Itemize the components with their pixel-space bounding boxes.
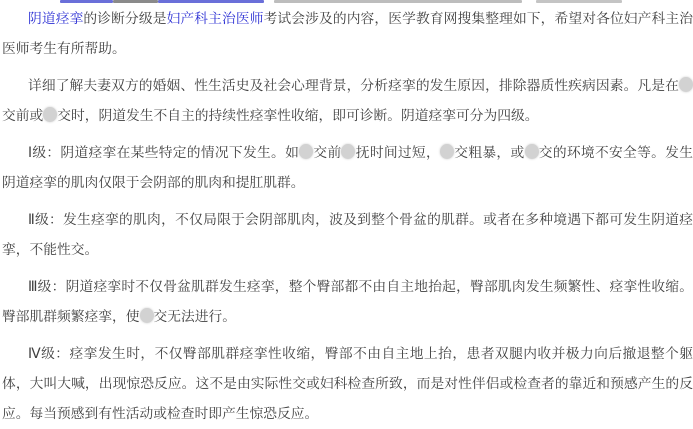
term-link[interactable]: 妇产科主治医师: [167, 11, 264, 26]
text-run: 的诊断分级是: [83, 11, 166, 26]
text-run: Ⅰ级：阴道痉挛在某些特定的情况下发生。如: [28, 145, 299, 160]
text-run: 交前: [313, 145, 341, 160]
censor-blob: [440, 144, 454, 159]
remnant-segment: [536, 0, 622, 3]
text-run: 交粗暴，或: [454, 145, 525, 160]
remnant-segment: [522, 0, 536, 3]
text-run: Ⅳ级：痉挛发生时，不仅臀部肌群痉挛性收缩，臀部不由自主地上抬，患者双腿内收并极力…: [2, 346, 693, 421]
text-run: Ⅲ级：阴道痉挛时不仅骨盆肌群发生痉挛，整个臀部都不由自主地抬起，臀部肌肉发生频繁…: [2, 279, 693, 324]
paragraph: 详细了解夫妻双方的婚姻、性生活史及社会心理背景，分析痉挛的发生原因，排除器质性疾…: [0, 71, 693, 131]
paragraph: Ⅳ级：痉挛发生时，不仅臀部肌群痉挛性收缩，臀部不由自主地上抬，患者双腿内收并极力…: [0, 339, 693, 429]
article-body: 阴道痉挛的诊断分级是妇产科主治医师考试会涉及的内容，医学教育网搜集整理如下，希望…: [0, 4, 693, 429]
paragraph: 阴道痉挛的诊断分级是妇产科主治医师考试会涉及的内容，医学教育网搜集整理如下，希望…: [0, 4, 693, 64]
paragraph: Ⅲ级：阴道痉挛时不仅骨盆肌群发生痉挛，整个臀部都不由自主地抬起，臀部肌肉发生频繁…: [0, 272, 693, 332]
censor-blob: [140, 308, 154, 323]
text-run: 交无法进行。: [154, 309, 237, 324]
paragraph: Ⅰ级：阴道痉挛在某些特定的情况下发生。如交前抚时间过短，交粗暴，或交的环境不安全…: [0, 138, 693, 198]
censor-blob: [341, 144, 355, 159]
censor-blob: [525, 144, 539, 159]
term-link[interactable]: 阴道痉挛: [28, 11, 83, 26]
text-run: Ⅱ级：发生痉挛的肌肉，不仅局限于会阴部肌肉，波及到整个骨盆的肌群。或者在多种境遇…: [2, 212, 693, 257]
remnant-segment: [264, 0, 274, 3]
remnant-segment: [113, 0, 158, 3]
text-run: 交时，阴道发生不自主的持续性痉挛性收缩，即可诊断。阴道痉挛可分为四级。: [57, 108, 538, 123]
censor-blob: [299, 144, 313, 159]
paragraph: Ⅱ级：发生痉挛的肌肉，不仅局限于会阴部肌肉，波及到整个骨盆的肌群。或者在多种境遇…: [0, 205, 693, 265]
censor-blob: [43, 107, 57, 122]
censor-blob: [679, 77, 693, 92]
text-run: 交前或: [2, 108, 43, 123]
remnant-segment: [0, 0, 60, 3]
text-run: 抚时间过短，: [355, 145, 440, 160]
remnant-segment: [274, 0, 522, 3]
remnant-segment: [158, 0, 264, 3]
text-run: 详细了解夫妻双方的婚姻、性生活史及社会心理背景，分析痉挛的发生原因，排除器质性疾…: [28, 78, 679, 93]
remnant-segment: [60, 0, 113, 3]
